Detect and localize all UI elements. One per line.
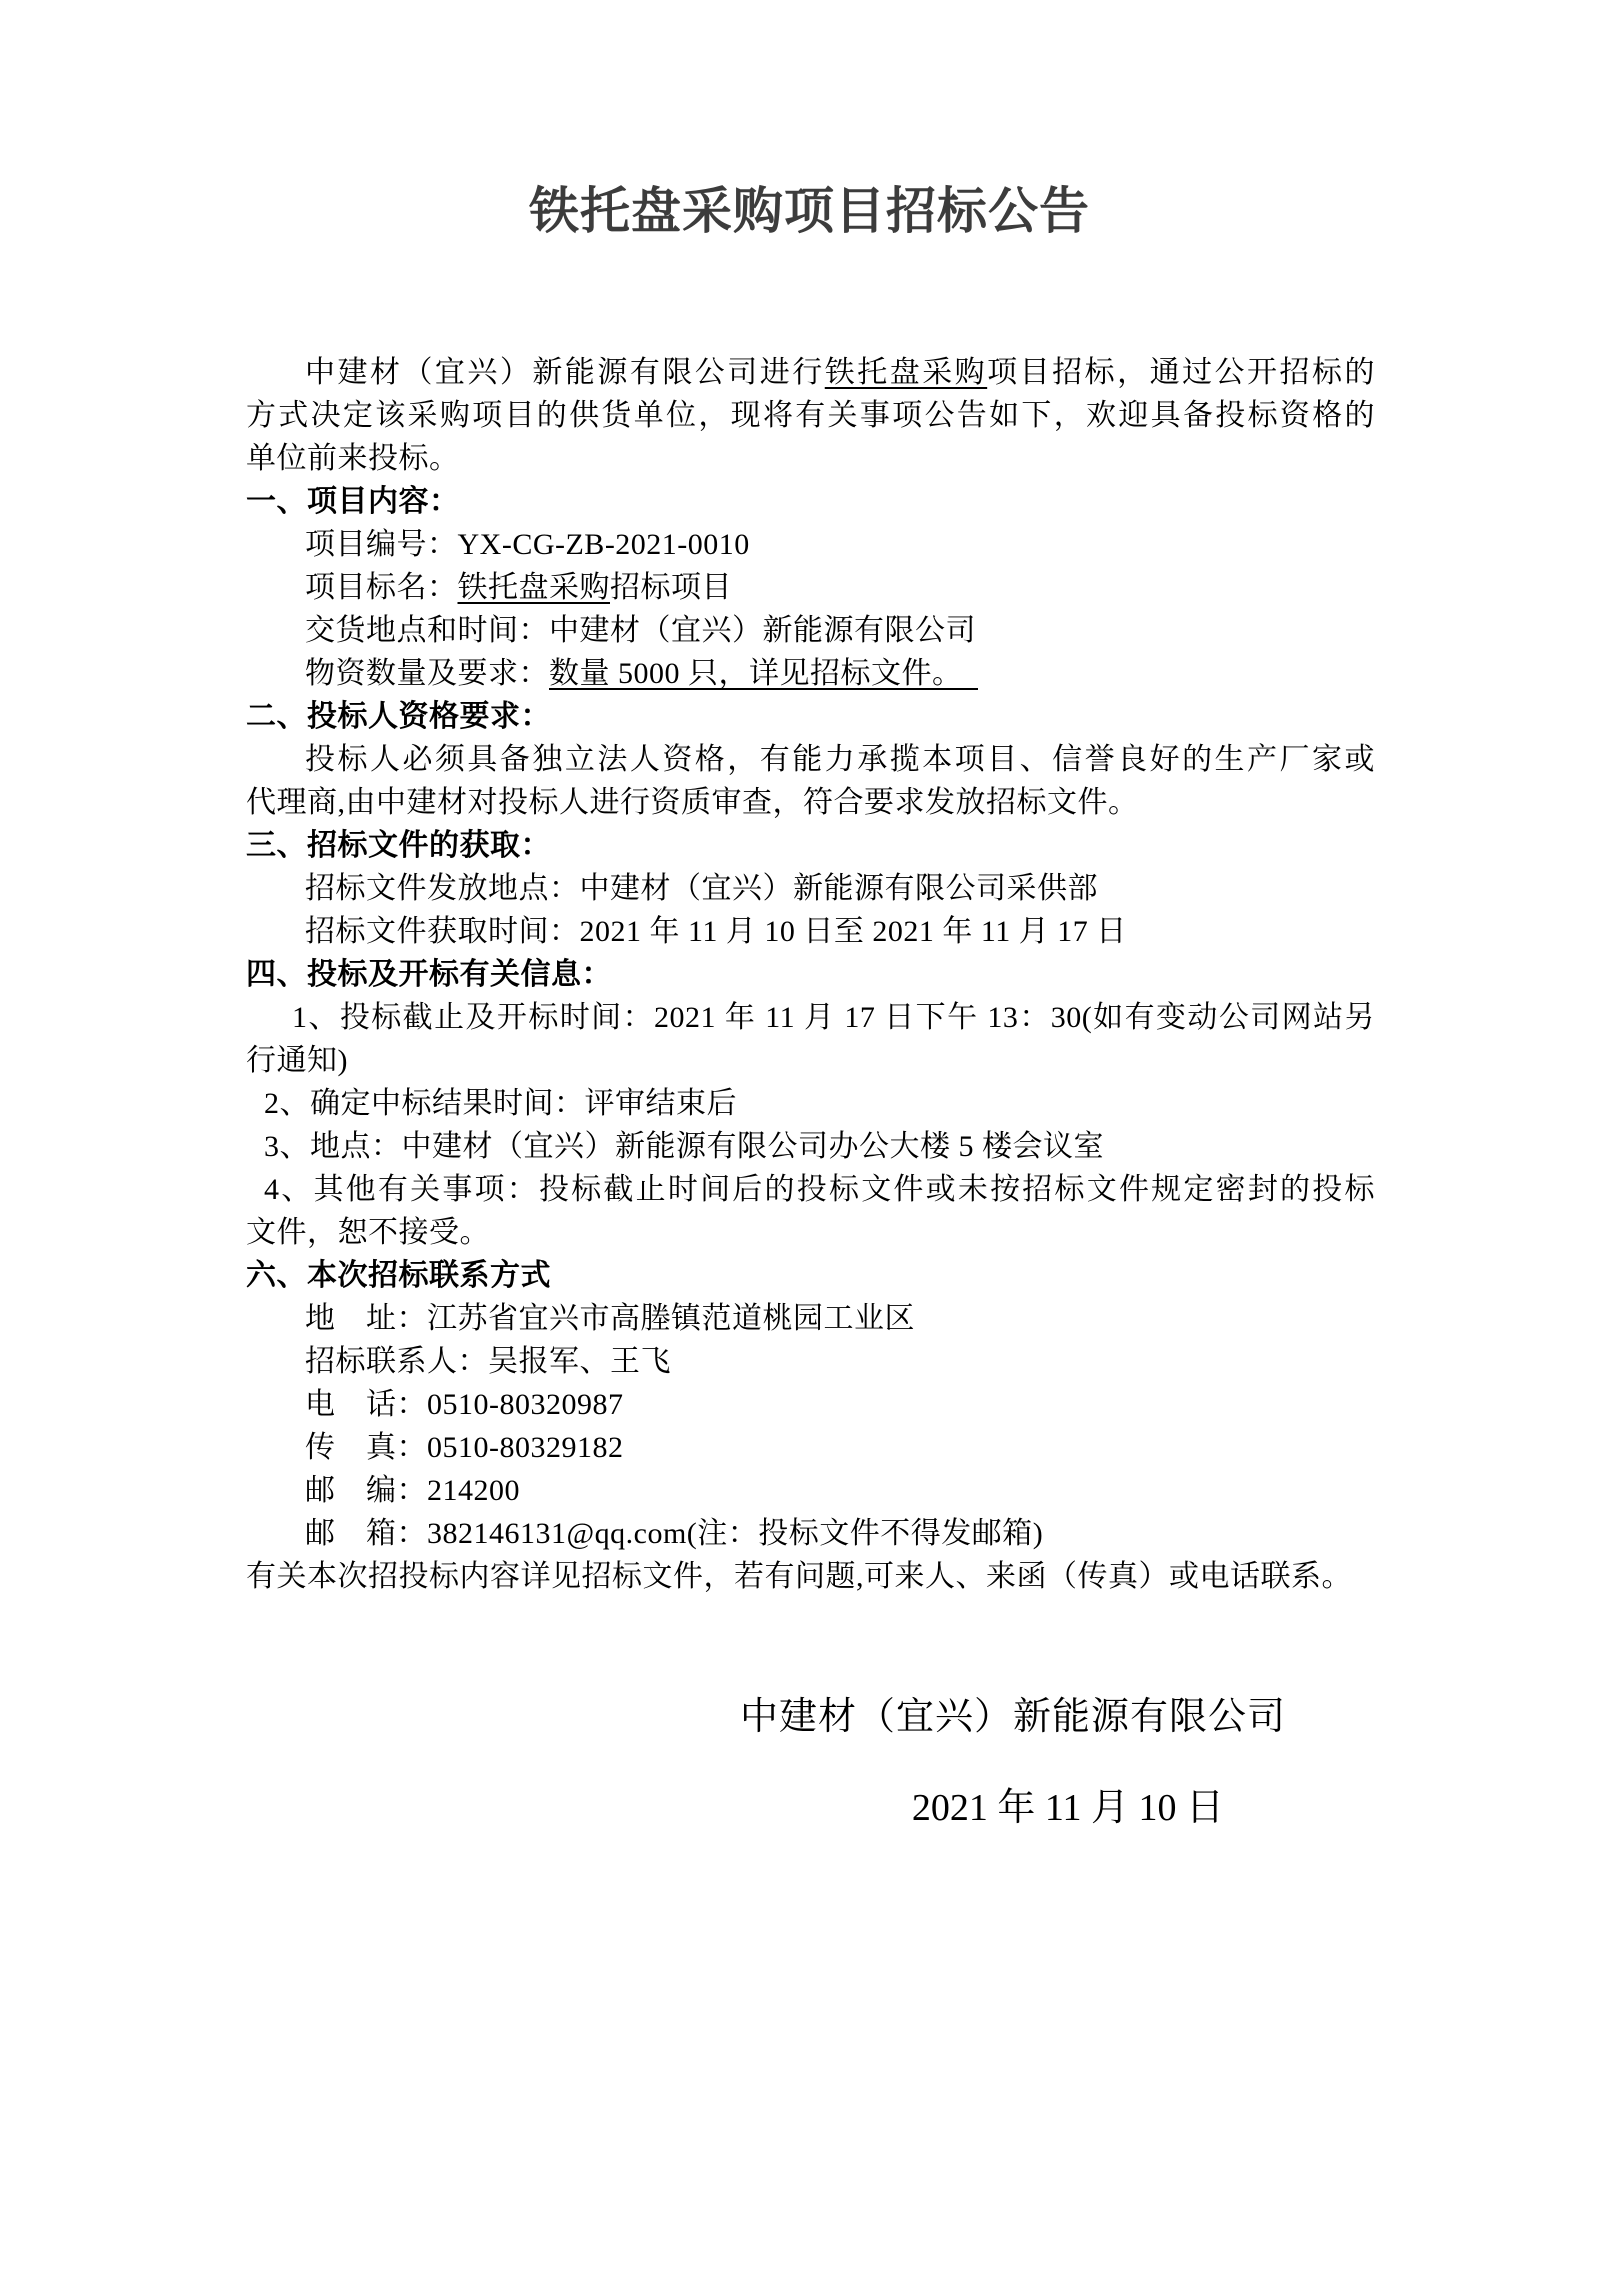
- intro-line-2: 方式决定该采购项目的供货单位，现将有关事项公告如下，欢迎具备投标资格的: [246, 394, 1375, 437]
- text-run: 项目编号：YX-CG-ZB-2021-0010: [305, 528, 750, 561]
- text-run: 项目招标，通过公开招标的: [987, 356, 1375, 389]
- section-2-heading: 二、投标人资格要求：: [246, 695, 1375, 738]
- closing-note: 有关本次招投标内容详见招标文件，若有问题,可来人、来函（传真）或电话联系。: [246, 1555, 1375, 1598]
- text-run: 投标人必须具备独立法人资格，有能力承揽本项目、信誉良好的生产厂家或: [305, 743, 1375, 776]
- section-3-heading: 三、招标文件的获取：: [246, 824, 1375, 867]
- contact-email: 邮 箱：382146131@qq.com(注：投标文件不得发邮箱): [246, 1512, 1375, 1555]
- text-run: 招标文件发放地点：中建材（宜兴）新能源有限公司采供部: [305, 872, 1098, 905]
- text-run: 有关本次招投标内容详见招标文件，若有问题,可来人、来函（传真）或电话联系。: [246, 1560, 1352, 1593]
- bid-item-2: 2、确定中标结果时间：评审结束后: [246, 1082, 1375, 1125]
- section-4-heading: 四、投标及开标有关信息：: [246, 953, 1375, 996]
- project-number: 项目编号：YX-CG-ZB-2021-0010: [246, 523, 1375, 566]
- text-run: 招标文件获取时间：2021 年 11 月 10 日至 2021 年 11 月 1…: [305, 915, 1127, 948]
- intro-line-1: 中建材（宜兴）新能源有限公司进行铁托盘采购项目招标，通过公开招标的: [246, 351, 1375, 394]
- signature-date: 2021 年 11 月 10 日: [912, 1784, 1224, 1832]
- text-run: 中建材（宜兴）新能源有限公司进行: [305, 356, 825, 389]
- quantity-requirement: 物资数量及要求：数量 5000 只，详见招标文件。: [246, 652, 1375, 695]
- bid-item-1-line-1: 1、投标截止及开标时间：2021 年 11 月 17 日下午 13：30(如有变…: [246, 996, 1375, 1039]
- text-run: 传 真：0510-80329182: [305, 1431, 624, 1464]
- text-run: 单位前来投标。: [246, 442, 460, 475]
- text-run: 地 址：江苏省宜兴市高塍镇范道桃园工业区: [305, 1302, 915, 1335]
- text-run: 六、本次招标联系方式: [246, 1259, 551, 1292]
- bid-item-1-line-2: 行通知): [246, 1039, 1375, 1082]
- document-body: 中建材（宜兴）新能源有限公司进行铁托盘采购项目招标，通过公开招标的方式决定该采购…: [246, 351, 1375, 1598]
- qualification-line-1: 投标人必须具备独立法人资格，有能力承揽本项目、信誉良好的生产厂家或: [246, 738, 1375, 781]
- section-6-heading: 六、本次招标联系方式: [246, 1254, 1375, 1297]
- underlined-text: 铁托盘采购: [825, 356, 987, 389]
- text-run: 代理商,由中建材对投标人进行资质审查，符合要求发放招标文件。: [246, 786, 1139, 819]
- signature-company: 中建材（宜兴）新能源有限公司: [740, 1693, 1286, 1741]
- text-run: 一、项目内容：: [246, 485, 460, 518]
- project-name: 项目标名：铁托盘采购招标项目: [246, 566, 1375, 609]
- contact-zip: 邮 编：214200: [246, 1469, 1375, 1512]
- text-run: 邮 箱：382146131@qq.com(注：投标文件不得发邮箱): [305, 1517, 1043, 1550]
- section-1-heading: 一、项目内容：: [246, 480, 1375, 523]
- text-run: 三、招标文件的获取：: [246, 829, 551, 862]
- bid-item-3: 3、地点：中建材（宜兴）新能源有限公司办公大楼 5 楼会议室: [246, 1125, 1375, 1168]
- document-issue-time: 招标文件获取时间：2021 年 11 月 10 日至 2021 年 11 月 1…: [246, 910, 1375, 953]
- contact-person: 招标联系人：吴报军、王飞: [246, 1340, 1375, 1383]
- page: 铁托盘采购项目招标公告 中建材（宜兴）新能源有限公司进行铁托盘采购项目招标，通过…: [0, 0, 1619, 2289]
- text-run: 邮 编：214200: [305, 1474, 520, 1507]
- underlined-text: 数量 5000 只，详见招标文件。: [549, 657, 978, 690]
- text-run: 招标项目: [610, 571, 732, 604]
- text-run: 物资数量及要求：: [305, 657, 549, 690]
- text-run: 4、其他有关事项：投标截止时间后的投标文件或未按招标文件规定密封的投标: [264, 1173, 1375, 1206]
- contact-address: 地 址：江苏省宜兴市高塍镇范道桃园工业区: [246, 1297, 1375, 1340]
- text-run: 行通知): [246, 1044, 348, 1077]
- intro-line-3: 单位前来投标。: [246, 437, 1375, 480]
- text-run: 电 话：0510-80320987: [305, 1388, 624, 1421]
- text-run: 四、投标及开标有关信息：: [246, 958, 612, 991]
- underlined-text: 铁托盘采购: [458, 571, 611, 604]
- text-run: 二、投标人资格要求：: [246, 700, 551, 733]
- contact-fax: 传 真：0510-80329182: [246, 1426, 1375, 1469]
- text-run: 项目标名：: [305, 571, 458, 604]
- text-run: 文件，恕不接受。: [246, 1216, 490, 1249]
- text-run: 招标联系人：吴报军、王飞: [305, 1345, 671, 1378]
- document-title: 铁托盘采购项目招标公告: [0, 184, 1619, 238]
- qualification-line-2: 代理商,由中建材对投标人进行资质审查，符合要求发放招标文件。: [246, 781, 1375, 824]
- text-run: 方式决定该采购项目的供货单位，现将有关事项公告如下，欢迎具备投标资格的: [246, 399, 1375, 432]
- text-run: 交货地点和时间：中建材（宜兴）新能源有限公司: [305, 614, 976, 647]
- contact-phone: 电 话：0510-80320987: [246, 1383, 1375, 1426]
- text-run: 3、地点：中建材（宜兴）新能源有限公司办公大楼 5 楼会议室: [264, 1130, 1104, 1163]
- delivery-place-time: 交货地点和时间：中建材（宜兴）新能源有限公司: [246, 609, 1375, 652]
- bid-item-4-line-2: 文件，恕不接受。: [246, 1211, 1375, 1254]
- bid-item-4-line-1: 4、其他有关事项：投标截止时间后的投标文件或未按招标文件规定密封的投标: [246, 1168, 1375, 1211]
- text-run: 1、投标截止及开标时间：2021 年 11 月 17 日下午 13：30(如有变…: [292, 1001, 1375, 1034]
- document-issue-place: 招标文件发放地点：中建材（宜兴）新能源有限公司采供部: [246, 867, 1375, 910]
- text-run: 2、确定中标结果时间：评审结束后: [264, 1087, 737, 1120]
